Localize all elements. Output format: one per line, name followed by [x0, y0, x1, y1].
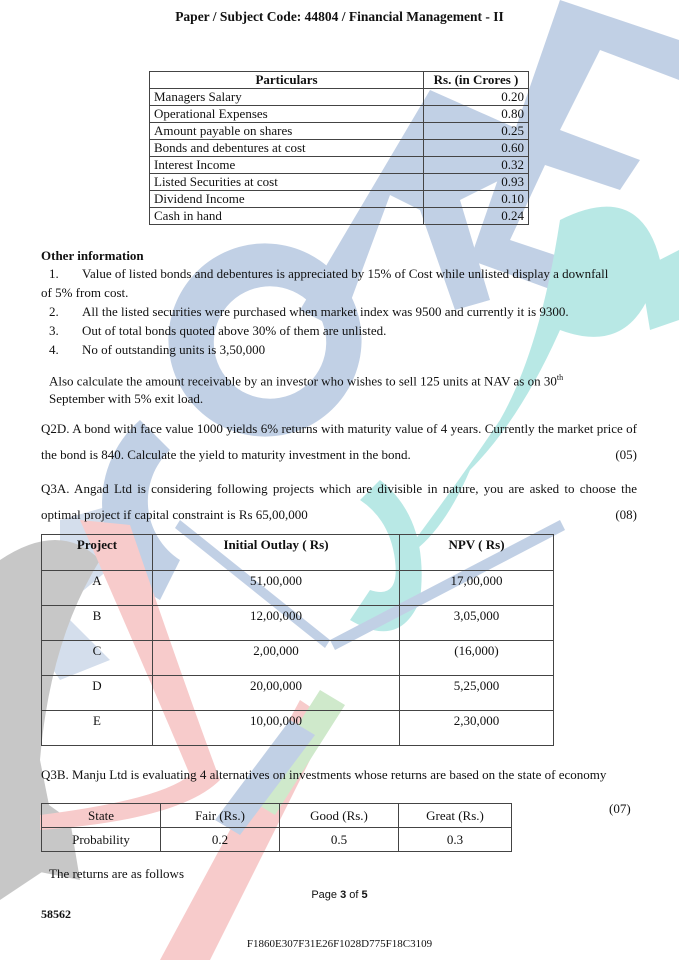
table-header: Fair (Rs.): [161, 804, 280, 828]
paragraph-text: Also calculate the amount receivable by …: [49, 373, 557, 388]
page-total: 5: [362, 889, 368, 901]
table-cell: (16,000): [400, 641, 554, 676]
table-header: Rs. (in Crores ): [424, 72, 529, 89]
table-cell: 0.2: [161, 828, 280, 852]
question-marks: (07): [609, 801, 631, 817]
table-row: Amount payable on shares0.25: [150, 123, 529, 140]
table-cell: 5,25,000: [400, 676, 554, 711]
table-cell: Amount payable on shares: [150, 123, 424, 140]
table-cell: Interest Income: [150, 157, 424, 174]
table-cell: D: [42, 676, 153, 711]
table-cell: 0.25: [424, 123, 529, 140]
list-item: 1. Value of listed bonds and debentures …: [41, 264, 641, 283]
page-label: of: [346, 889, 361, 901]
table-header: Great (Rs.): [399, 804, 512, 828]
superscript: th: [557, 373, 563, 382]
table-row: Dividend Income0.10: [150, 191, 529, 208]
other-information-list: 1. Value of listed bonds and debentures …: [41, 264, 641, 359]
question-q3b: Q3B. Manju Ltd is evaluating 4 alternati…: [41, 762, 637, 788]
particulars-table: Particulars Rs. (in Crores ) Managers Sa…: [149, 71, 529, 225]
table-cell: 2,00,000: [153, 641, 400, 676]
table-cell: C: [42, 641, 153, 676]
table-row: Interest Income0.32: [150, 157, 529, 174]
table-cell: 0.3: [399, 828, 512, 852]
table-cell: 0.93: [424, 174, 529, 191]
question-q2d: Q2D. A bond with face value 1000 yields …: [41, 416, 637, 468]
other-information-heading: Other information: [41, 248, 144, 264]
question-marks: (08): [615, 502, 637, 528]
table-cell: 10,00,000: [153, 711, 400, 746]
list-item-continuation: of 5% from cost.: [41, 283, 641, 302]
table-header: State: [42, 804, 161, 828]
table-cell: 0.24: [424, 208, 529, 225]
list-number: 1.: [41, 264, 82, 283]
list-number: 4.: [41, 340, 82, 359]
table-row: Listed Securities at cost0.93: [150, 174, 529, 191]
table-cell: 12,00,000: [153, 606, 400, 641]
question-text: Q2D. A bond with face value 1000 yields …: [41, 421, 637, 462]
list-text: Value of listed bonds and debentures is …: [82, 264, 608, 283]
question-marks: (05): [615, 442, 637, 468]
table-cell: 17,00,000: [400, 571, 554, 606]
list-number: 3.: [41, 321, 82, 340]
page-number: Page 3 of 5: [0, 889, 679, 901]
table-row: State Fair (Rs.) Good (Rs.) Great (Rs.): [42, 804, 512, 828]
table-row: Managers Salary0.20: [150, 89, 529, 106]
table-cell: 0.10: [424, 191, 529, 208]
table-row: B12,00,0003,05,000: [42, 606, 554, 641]
list-text: No of outstanding units is 3,50,000: [82, 340, 265, 359]
returns-text: The returns are as follows: [49, 866, 184, 882]
table-row: Cash in hand0.24: [150, 208, 529, 225]
table-cell: Cash in hand: [150, 208, 424, 225]
table-row: Probability 0.2 0.5 0.3: [42, 828, 512, 852]
question-text: Q3A. Angad Ltd is considering following …: [41, 481, 637, 522]
table-cell: Dividend Income: [150, 191, 424, 208]
projects-table: Project Initial Outlay ( Rs) NPV ( Rs) A…: [41, 534, 554, 746]
table-cell: 0.80: [424, 106, 529, 123]
table-header: Project: [42, 535, 153, 571]
also-calculate-paragraph: Also calculate the amount receivable by …: [49, 369, 637, 408]
table-row: Operational Expenses0.80: [150, 106, 529, 123]
list-item: 3. Out of total bonds quoted above 30% o…: [41, 321, 641, 340]
table-cell: 0.20: [424, 89, 529, 106]
list-text: Out of total bonds quoted above 30% of t…: [82, 321, 386, 340]
question-text: Q3B. Manju Ltd is evaluating 4 alternati…: [41, 767, 606, 782]
table-cell: 0.5: [280, 828, 399, 852]
probability-table: State Fair (Rs.) Good (Rs.) Great (Rs.) …: [41, 803, 512, 852]
table-row: A51,00,00017,00,000: [42, 571, 554, 606]
table-cell: A: [42, 571, 153, 606]
table-cell: 0.60: [424, 140, 529, 157]
paragraph-text: September with 5% exit load.: [49, 391, 203, 406]
table-cell: Probability: [42, 828, 161, 852]
table-cell: Listed Securities at cost: [150, 174, 424, 191]
table-cell: B: [42, 606, 153, 641]
page-header-title: Paper / Subject Code: 44804 / Financial …: [0, 9, 679, 25]
table-header: Initial Outlay ( Rs): [153, 535, 400, 571]
table-row: E10,00,0002,30,000: [42, 711, 554, 746]
page-label: Page: [311, 889, 340, 901]
table-row: Bonds and debentures at cost0.60: [150, 140, 529, 157]
table-cell: 51,00,000: [153, 571, 400, 606]
table-header: NPV ( Rs): [400, 535, 554, 571]
table-row: C2,00,000(16,000): [42, 641, 554, 676]
table-cell: Bonds and debentures at cost: [150, 140, 424, 157]
document-hash: F1860E307F31E26F1028D775F18C3109: [0, 938, 679, 950]
table-cell: Operational Expenses: [150, 106, 424, 123]
list-number: 2.: [41, 302, 82, 321]
table-cell: Managers Salary: [150, 89, 424, 106]
list-text: All the listed securities were purchased…: [82, 302, 569, 321]
table-cell: 20,00,000: [153, 676, 400, 711]
table-row: D20,00,0005,25,000: [42, 676, 554, 711]
question-q3a: Q3A. Angad Ltd is considering following …: [41, 476, 637, 528]
table-cell: E: [42, 711, 153, 746]
table-header: Particulars: [150, 72, 424, 89]
paper-code: 58562: [41, 907, 71, 922]
table-cell: 0.32: [424, 157, 529, 174]
table-header: Good (Rs.): [280, 804, 399, 828]
list-item: 2. All the listed securities were purcha…: [41, 302, 641, 321]
table-cell: 3,05,000: [400, 606, 554, 641]
table-cell: 2,30,000: [400, 711, 554, 746]
list-item: 4. No of outstanding units is 3,50,000: [41, 340, 641, 359]
